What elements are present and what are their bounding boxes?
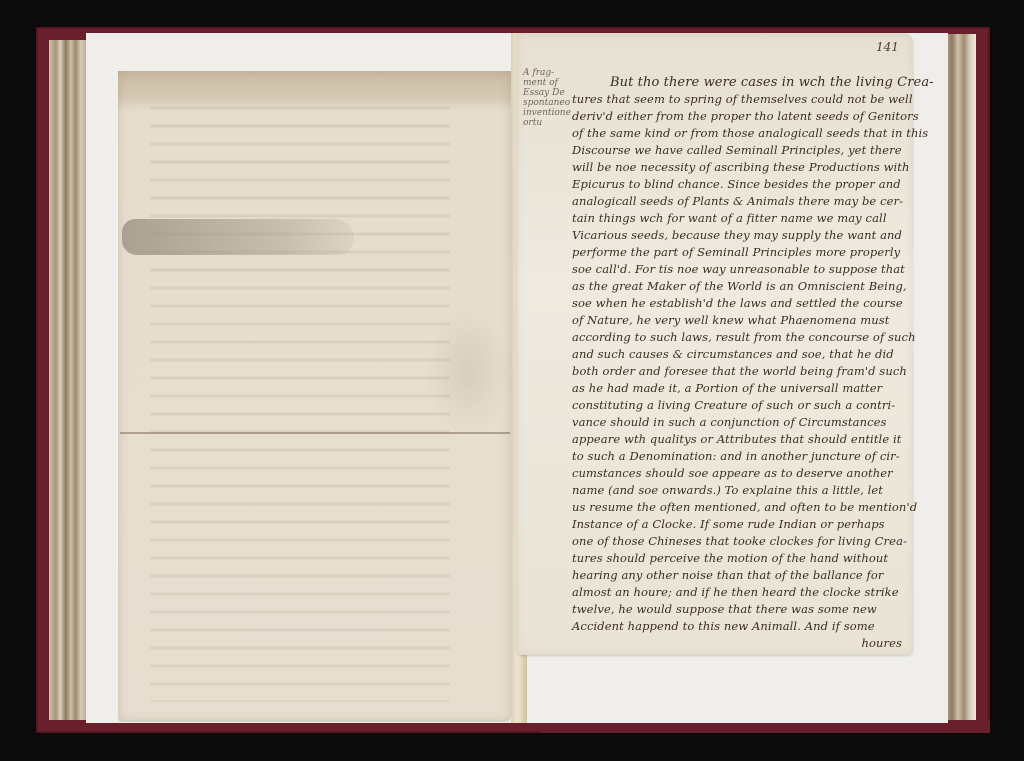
margin-note-line: ortu (523, 118, 575, 128)
folio-number: 141 (876, 40, 899, 54)
manuscript-line: vance should in such a conjunction of Ci… (572, 414, 912, 431)
manuscript-line: as he had made it, a Portion of the univ… (572, 380, 912, 397)
manuscript-line: Discourse we have called Seminall Princi… (572, 142, 912, 159)
manuscript-line: deriv'd either from the proper tho laten… (572, 108, 912, 125)
manuscript-line: will be noe necessity of ascribing these… (572, 159, 912, 176)
manuscript-line: of the same kind or from those analogica… (572, 125, 912, 142)
manuscript-line: according to such laws, result from the … (572, 329, 912, 346)
manuscript-line: almost an houre; and if he then heard th… (572, 584, 912, 601)
catchword: houres (572, 635, 912, 652)
manuscript-line: tures should perceive the motion of the … (572, 550, 912, 567)
manuscript-line: Vicarious seeds, because they may supply… (572, 227, 912, 244)
manuscript-line: analogicall seeds of Plants & Animals th… (572, 193, 912, 210)
manuscript-line: hearing any other noise than that of the… (572, 567, 912, 584)
manuscript-line: tures that seem to spring of themselves … (572, 91, 912, 108)
manuscript-line: performe the part of Seminall Principles… (572, 244, 912, 261)
margin-note-line: spontaneo (523, 98, 575, 108)
manuscript-line: soe when he establish'd the laws and set… (572, 295, 912, 312)
left-leaf-stain (122, 219, 354, 255)
manuscript-line: Instance of a Clocke. If some rude India… (572, 516, 912, 533)
manuscript-line: soe call'd. For tis noe way unreasonable… (572, 261, 912, 278)
manuscript-line: one of those Chineses that tooke clockes… (572, 533, 912, 550)
manuscript-line: of Nature, he very well knew what Phaeno… (572, 312, 912, 329)
margin-note: A frag- ment of Essay De spontaneo inven… (523, 68, 575, 128)
manuscript-line: cumstances should soe appeare as to dese… (572, 465, 912, 482)
manuscript-line: constituting a living Creature of such o… (572, 397, 912, 414)
manuscript-text: But tho there were cases in wch the livi… (572, 74, 912, 652)
manuscript-line: as the great Maker of the World is an Om… (572, 278, 912, 295)
left-leaf-fold-line (120, 432, 510, 434)
margin-note-line: inventione (523, 108, 575, 118)
manuscript-line: both order and foresee that the world be… (572, 363, 912, 380)
left-show-through-text (150, 92, 450, 702)
manuscript-line: Accident happend to this new Animall. An… (572, 618, 912, 635)
manuscript-line: name (and soe onwards.) To explaine this… (572, 482, 912, 499)
manuscript-line: and such causes & circumstances and soe,… (572, 346, 912, 363)
manuscript-line: tain things wch for want of a fitter nam… (572, 210, 912, 227)
manuscript-line: twelve, he would suppose that there was … (572, 601, 912, 618)
margin-note-line: A frag- (523, 68, 575, 78)
manuscript-line: to such a Denomination: and in another j… (572, 448, 912, 465)
left-page-edges (49, 40, 87, 720)
manuscript-line: appeare wth qualitys or Attributes that … (572, 431, 912, 448)
margin-note-line: ment of (523, 78, 575, 88)
manuscript-line: Epicurus to blind chance. Since besides … (572, 176, 912, 193)
margin-note-line: Essay De (523, 88, 575, 98)
right-page-edges (946, 34, 976, 720)
manuscript-line: us resume the often mentioned, and often… (572, 499, 912, 516)
manuscript-line: But tho there were cases in wch the livi… (572, 74, 912, 91)
